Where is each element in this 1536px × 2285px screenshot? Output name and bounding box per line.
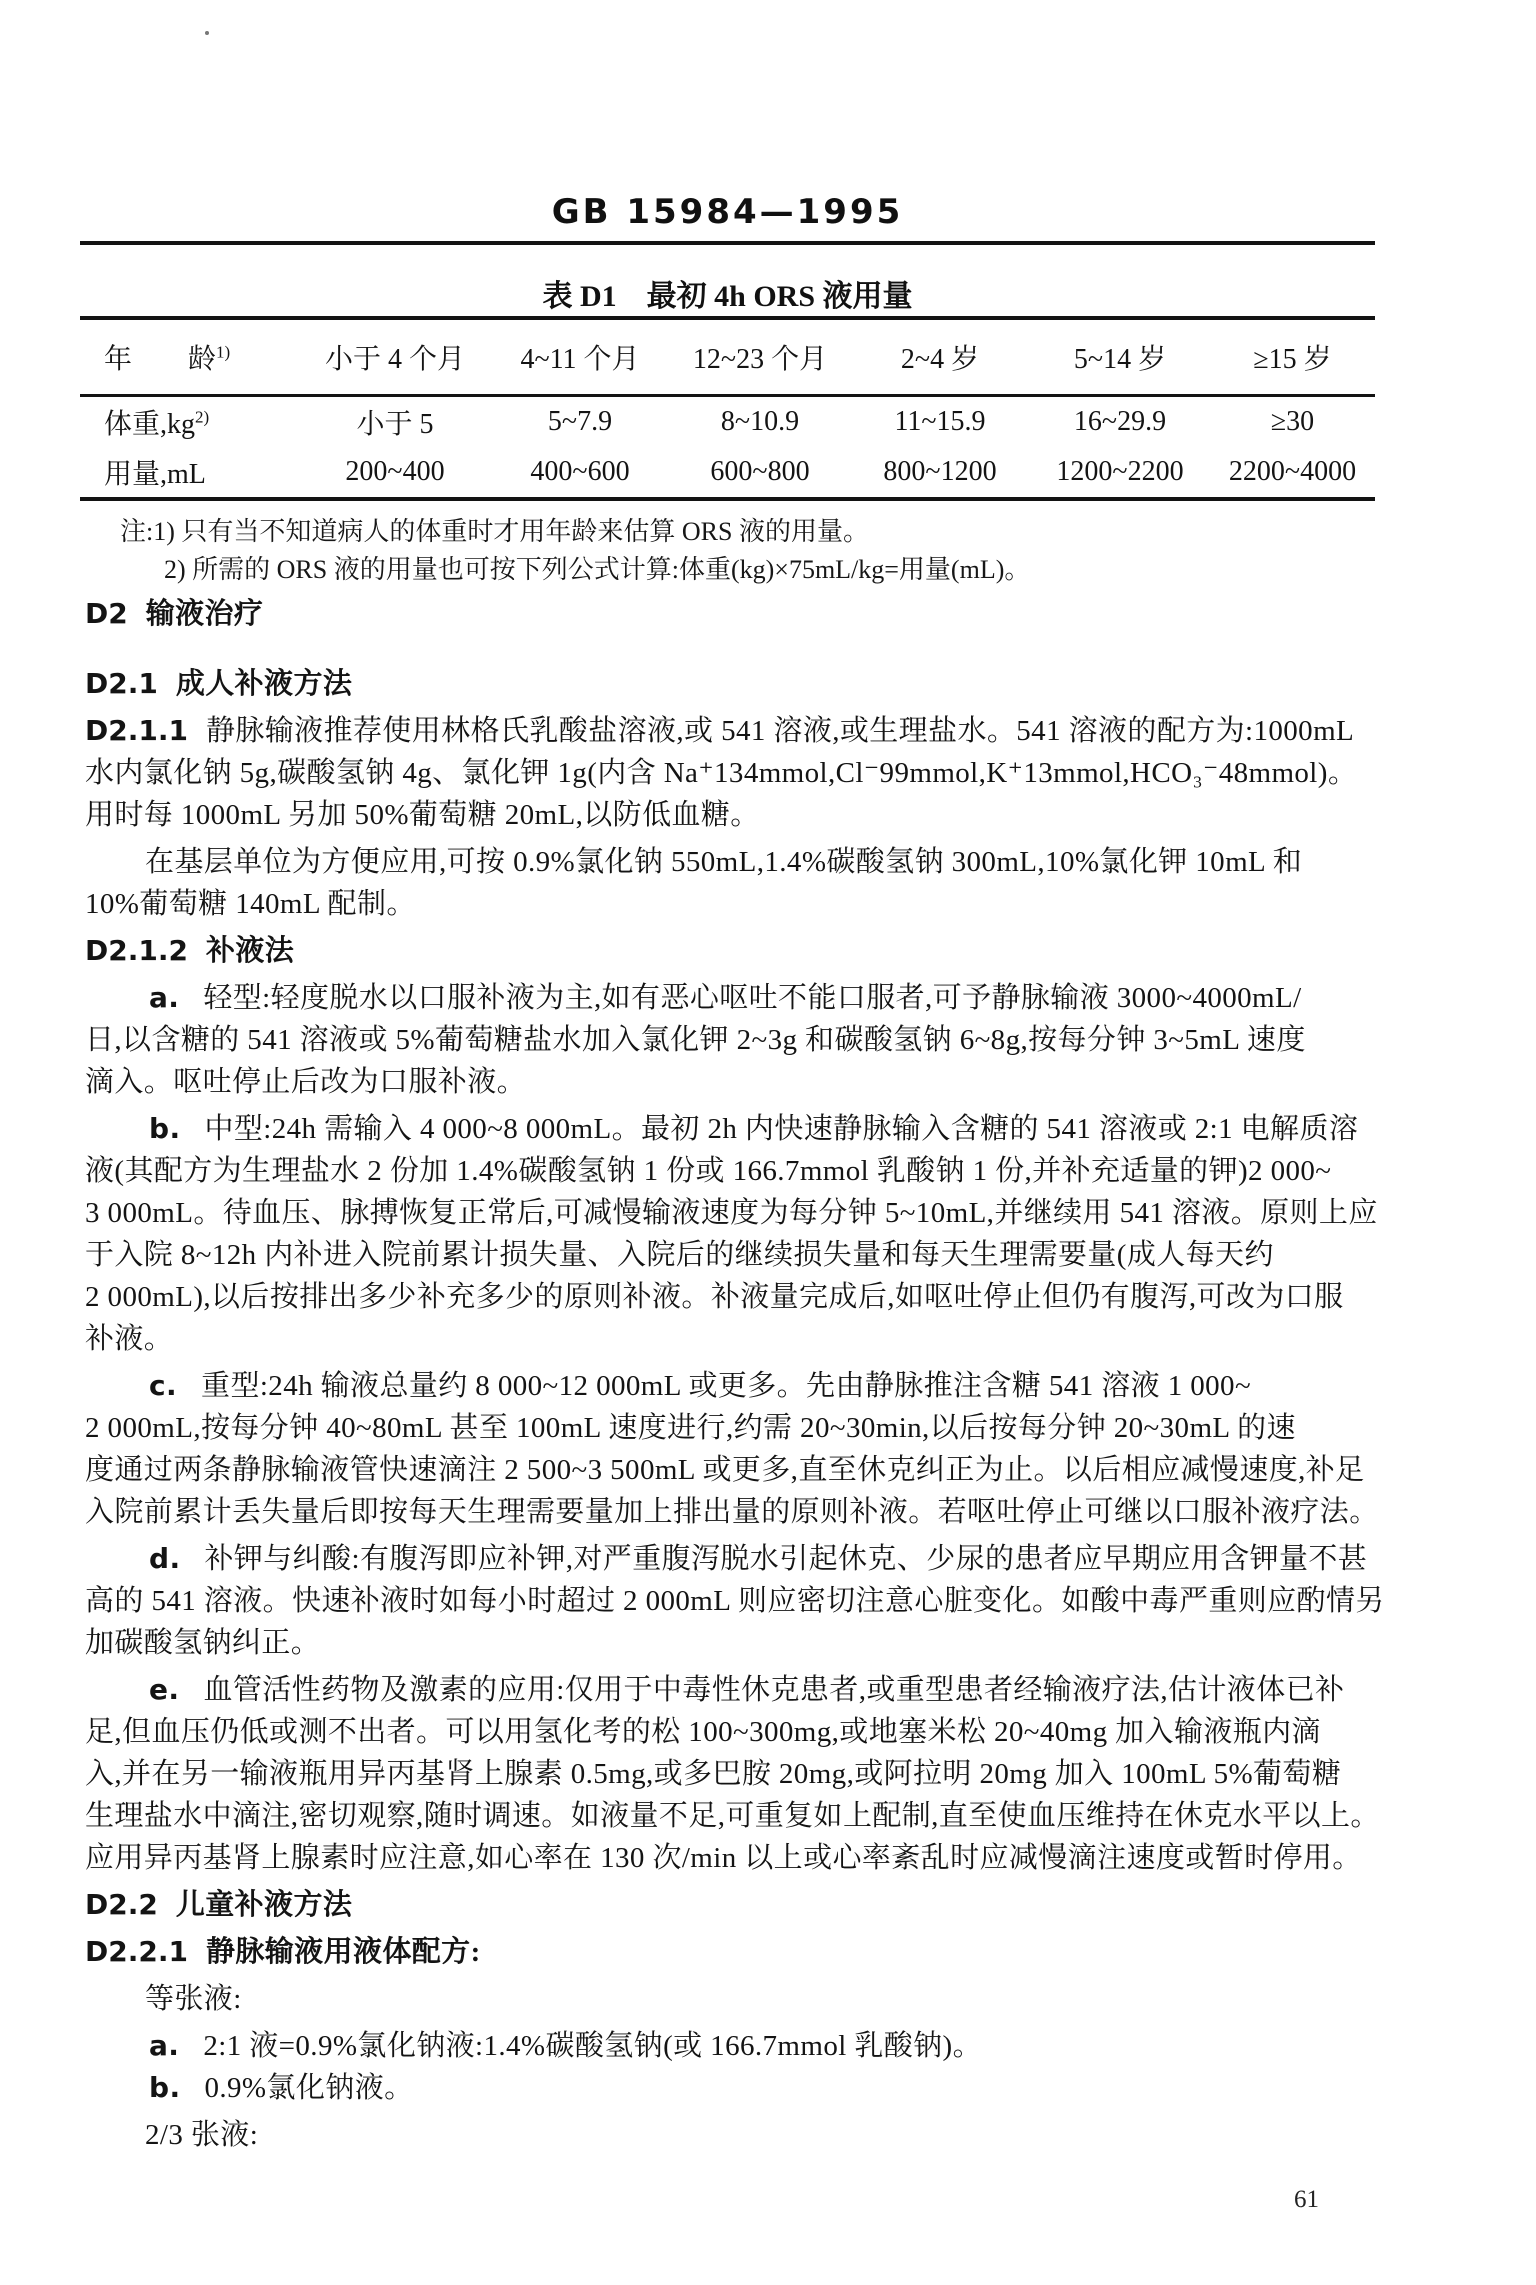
document-page: GB 15984—1995 表 D1 最初 4h ORS 液用量 年 龄1) 小… bbox=[0, 0, 1536, 2285]
list-item-c-line: c.重型:24h 输液总量约 8 000~12 000mL 或更多。先由静脉推注… bbox=[85, 1365, 1460, 1407]
age-label: 年 龄 bbox=[104, 344, 216, 375]
list-item-e-line: 足,但血压仍低或测不出者。可以用氢化考的松 100~300mg,或地塞米松 20… bbox=[85, 1711, 1460, 1753]
item-text: 重型:24h 输液总量约 8 000~12 000mL 或更多。先由静脉推注含糖… bbox=[201, 1370, 1251, 1402]
table-cell: 1200~2200 bbox=[1030, 447, 1210, 499]
age-col: 小于 4 个月 bbox=[300, 318, 490, 396]
heading-text: 成人补液方法 bbox=[176, 668, 352, 700]
heading-number: D2.1 bbox=[85, 667, 158, 700]
heading-d2: D2输液治疗 bbox=[85, 593, 1460, 635]
row-label: 用量,mL bbox=[104, 459, 206, 490]
table-cell: 400~600 bbox=[490, 447, 670, 499]
item-marker: d. bbox=[149, 1542, 180, 1575]
table-header-row: 年 龄1) 小于 4 个月 4~11 个月 12~23 个月 2~4 岁 5~1… bbox=[80, 318, 1375, 396]
heading-number: D2 bbox=[85, 597, 128, 630]
heading-number: D2.1.1 bbox=[85, 714, 188, 747]
list-item-e-line: 生理盐水中滴注,密切观察,随时调速。如液量不足,可重复如上配制,直至使血压维持在… bbox=[85, 1795, 1460, 1837]
ors-dosage-table: 年 龄1) 小于 4 个月 4~11 个月 12~23 个月 2~4 岁 5~1… bbox=[80, 316, 1375, 501]
item-text: 2:1 液=0.9%氯化钠液:1.4%碳酸氢钠(或 166.7mmol 乳酸钠)… bbox=[203, 2030, 982, 2062]
item-marker: b. bbox=[149, 1112, 180, 1145]
page-number: 61 bbox=[1294, 2186, 1319, 2214]
table-cell: 800~1200 bbox=[850, 447, 1030, 499]
heading-text: 补液法 bbox=[206, 935, 294, 967]
isotonic-item-a: a.2:1 液=0.9%氯化钠液:1.4%碳酸氢钠(或 166.7mmol 乳酸… bbox=[85, 2025, 1460, 2067]
paragraph-d2-1-1-line: 用时每 1000mL 另加 50%葡萄糖 20mL,以防低血糖。 bbox=[85, 794, 1460, 836]
heading-text: 静脉输液用液体配方: bbox=[206, 1936, 481, 1968]
header-rule bbox=[80, 241, 1375, 245]
item-text: 0.9%氯化钠液。 bbox=[204, 2072, 413, 2104]
list-item-a-line: a.轻型:轻度脱水以口服补液为主,如有恶心呕吐不能口服者,可予静脉输液 3000… bbox=[85, 977, 1460, 1019]
list-item-d-line: 加碳酸氢钠纠正。 bbox=[85, 1622, 1460, 1664]
heading-d2-2: D2.2儿童补液方法 bbox=[85, 1884, 1460, 1926]
item-text: 中型:24h 需输入 4 000~8 000mL。最初 2h 内快速静脉输入含糖… bbox=[204, 1113, 1358, 1145]
table-title: 表 D1 最初 4h ORS 液用量 bbox=[80, 271, 1375, 315]
table-row-dosage: 用量,mL 200~400 400~600 600~800 800~1200 1… bbox=[80, 447, 1375, 499]
age-col: 12~23 个月 bbox=[670, 318, 850, 396]
table-row-weight: 体重,kg2) 小于 5 5~7.9 8~10.9 11~15.9 16~29.… bbox=[80, 396, 1375, 448]
item-marker: a. bbox=[149, 2029, 179, 2062]
list-item-e-line: 应用异丙基肾上腺素时应注意,如心率在 130 次/min 以上或心率紊乱时应减慢… bbox=[85, 1837, 1460, 1879]
item-marker: b. bbox=[149, 2071, 180, 2104]
table-cell: 16~29.9 bbox=[1030, 396, 1210, 448]
row-label-cell: 用量,mL bbox=[80, 447, 300, 499]
age-col: 4~11 个月 bbox=[490, 318, 670, 396]
document-body: D2输液治疗 D2.1成人补液方法 D2.1.1静脉输液推荐使用林格氏乳酸盐溶液… bbox=[85, 593, 1460, 2156]
list-item-c-line: 度通过两条静脉输液管快速滴注 2 500~3 500mL 或更多,直至休克纠正为… bbox=[85, 1449, 1460, 1491]
paragraph-line: 10%葡萄糖 140mL 配制。 bbox=[85, 883, 1460, 925]
list-item-e-line: 入,并在另一输液瓶用异丙基肾上腺素 0.5mg,或多巴胺 20mg,或阿拉明 2… bbox=[85, 1753, 1460, 1795]
table-cell: 600~800 bbox=[670, 447, 850, 499]
table-cell: ≥30 bbox=[1210, 396, 1375, 448]
heading-d2-1-2: D2.1.2补液法 bbox=[85, 930, 1460, 972]
item-marker: a. bbox=[149, 981, 179, 1014]
list-item-a-line: 日,以含糖的 541 溶液或 5%葡萄糖盐水加入氯化钾 2~3g 和碳酸氢钠 6… bbox=[85, 1019, 1460, 1061]
heading-number: D2.2 bbox=[85, 1888, 158, 1921]
table-cell: 8~10.9 bbox=[670, 396, 850, 448]
item-text: 血管活性药物及激素的应用:仅用于中毒性休克患者,或重型患者经输液疗法,估计液体已… bbox=[203, 1674, 1344, 1706]
isotonic-intro: 等张液: bbox=[85, 1978, 1460, 2020]
heading-d2-1: D2.1成人补液方法 bbox=[85, 663, 1460, 705]
heading-number: D2.2.1 bbox=[85, 1935, 188, 1968]
list-item-b-line: 液(其配方为生理盐水 2 份加 1.4%碳酸氢钠 1 份或 166.7mmol … bbox=[85, 1150, 1460, 1192]
table-cell: 11~15.9 bbox=[850, 396, 1030, 448]
table-cell: 2200~4000 bbox=[1210, 447, 1375, 499]
age-col: 2~4 岁 bbox=[850, 318, 1030, 396]
table-note-2: 2) 所需的 ORS 液的用量也可按下列公式计算:体重(kg)×75mL/kg=… bbox=[164, 549, 1030, 586]
paragraph-line: 在基层单位为方便应用,可按 0.9%氯化钠 550mL,1.4%碳酸氢钠 300… bbox=[85, 841, 1460, 883]
two-thirds-intro: 2/3 张液: bbox=[85, 2114, 1460, 2156]
list-item-b-line: 2 000mL),以后按排出多少补充多少的原则补液。补液量完成后,如呕吐停止但仍… bbox=[85, 1276, 1460, 1318]
list-item-c-line: 入院前累计丢失量后即按每天生理需要量加上排出量的原则补液。若呕吐停止可继以口服补… bbox=[85, 1491, 1460, 1533]
paragraph-d2-1-1-line: D2.1.1静脉输液推荐使用林格氏乳酸盐溶液,或 541 溶液,或生理盐水。54… bbox=[85, 710, 1460, 752]
list-item-b-line: b.中型:24h 需输入 4 000~8 000mL。最初 2h 内快速静脉输入… bbox=[85, 1108, 1460, 1150]
list-item-a-line: 滴入。呕吐停止后改为口服补液。 bbox=[85, 1061, 1460, 1103]
age-header-cell: 年 龄1) bbox=[80, 318, 300, 396]
weight-footnote-mark: 2) bbox=[195, 408, 209, 427]
isotonic-item-b: b.0.9%氯化钠液。 bbox=[85, 2067, 1460, 2109]
age-footnote-mark: 1) bbox=[216, 343, 230, 362]
list-item-c-line: 2 000mL,按每分钟 40~80mL 甚至 100mL 速度进行,约需 20… bbox=[85, 1407, 1460, 1449]
item-text: 补钾与纠酸:有腹泻即应补钾,对严重腹泻脱水引起休克、少尿的患者应早期应用含钾量不… bbox=[204, 1543, 1367, 1575]
heading-number: D2.1.2 bbox=[85, 934, 188, 967]
list-item-d-line: 高的 541 溶液。快速补液时如每小时超过 2 000mL 则应密切注意心脏变化… bbox=[85, 1580, 1460, 1622]
item-text: 轻型:轻度脱水以口服补液为主,如有恶心呕吐不能口服者,可予静脉输液 3000~4… bbox=[203, 982, 1301, 1014]
standard-code: GB 15984—1995 bbox=[80, 192, 1375, 232]
table-note-1: 注:1) 只有当不知道病人的体重时才用年龄来估算 ORS 液的用量。 bbox=[120, 511, 869, 548]
list-item-b-line: 于入院 8~12h 内补进入院前累计损失量、入院后的继续损失量和每天生理需要量(… bbox=[85, 1234, 1460, 1276]
table-cell: 200~400 bbox=[300, 447, 490, 499]
item-marker: e. bbox=[149, 1673, 179, 1706]
row-label-cell: 体重,kg2) bbox=[80, 396, 300, 448]
age-col: 5~14 岁 bbox=[1030, 318, 1210, 396]
heading-text: 儿童补液方法 bbox=[176, 1889, 352, 1921]
list-item-b-line: 补液。 bbox=[85, 1318, 1460, 1360]
table-cell: 5~7.9 bbox=[490, 396, 670, 448]
list-item-b-line: 3 000mL。待血压、脉搏恢复正常后,可减慢输液速度为每分钟 5~10mL,并… bbox=[85, 1192, 1460, 1234]
list-item-e-line: e.血管活性药物及激素的应用:仅用于中毒性休克患者,或重型患者经输液疗法,估计液… bbox=[85, 1669, 1460, 1711]
item-marker: c. bbox=[149, 1369, 177, 1402]
row-label: 体重,kg bbox=[104, 409, 195, 440]
heading-d2-2-1: D2.2.1静脉输液用液体配方: bbox=[85, 1931, 1460, 1973]
heading-text: 输液治疗 bbox=[146, 598, 264, 630]
list-item-d-line: d.补钾与纠酸:有腹泻即应补钾,对严重腹泻脱水引起休克、少尿的患者应早期应用含钾… bbox=[85, 1538, 1460, 1580]
scan-speck bbox=[205, 31, 209, 35]
table-cell: 小于 5 bbox=[300, 396, 490, 448]
age-col: ≥15 岁 bbox=[1210, 318, 1375, 396]
paragraph-text: 静脉输液推荐使用林格氏乳酸盐溶液,或 541 溶液,或生理盐水。541 溶液的配… bbox=[206, 715, 1354, 747]
paragraph-d2-1-1-line: 水内氯化钠 5g,碳酸氢钠 4g、氯化钾 1g(内含 Na⁺134mmol,Cl… bbox=[85, 752, 1460, 794]
